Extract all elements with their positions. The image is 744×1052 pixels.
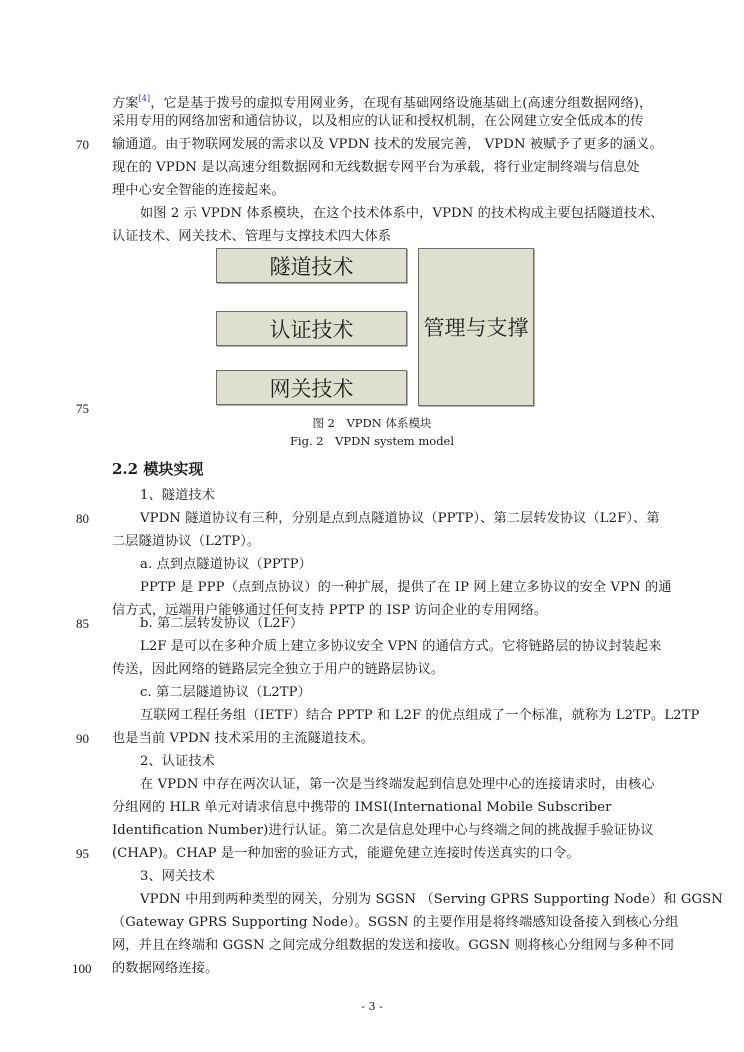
subsection-title: 1、隧道技术 <box>140 485 660 507</box>
paragraph-line: （Gateway GPRS Supporting Node）。SGSN 的主要作… <box>112 912 632 934</box>
subsection-title: c. 第二层隧道协议（L2TP） <box>140 682 660 704</box>
text-fragment: 方案 <box>112 96 139 111</box>
paragraph-line: 分组网的 HLR 单元对请求信息中携带的 IMSI(International … <box>112 797 632 819</box>
paragraph-line: (CHAP)。CHAP 是一种加密的验证方式，能避免建立连接时传送真实的口令。 <box>112 843 632 865</box>
paragraph-line: 输通道。由于物联网发展的需求以及 VPDN 技术的发展完善， VPDN 被赋予了… <box>112 134 632 156</box>
paragraph-line: PPTP 是 PPP（点到点协议）的一种扩展，提供了在 IP 网上建立多协议的安… <box>140 577 660 599</box>
line-number: 90 <box>76 728 89 750</box>
paragraph-line: 二层隧道协议（L2TP）。 <box>112 531 632 553</box>
line-number: 85 <box>76 613 89 635</box>
figure-caption-cn: 图 2 VPDN 体系模块 <box>0 414 744 432</box>
paragraph-line: 采用专用的网络加密和通信协议，以及相应的认证和授权机制，在公网建立安全低成本的传 <box>112 111 632 133</box>
subsection-title: 3、网关技术 <box>140 866 660 888</box>
paragraph-line: 理中心安全智能的连接起来。 <box>112 180 632 202</box>
paragraph-line: 在 VPDN 中存在两次认证，第一次是当终端发起到信息处理中心的连接请求时，由核… <box>140 774 660 796</box>
line-number: 70 <box>76 134 89 156</box>
subsection-title: 2、认证技术 <box>140 751 660 773</box>
line-number: 95 <box>76 843 89 865</box>
paragraph-line: Identification Number)进行认证。第二次是信息处理中心与终端… <box>112 820 632 842</box>
diagram-box-auth: 认证技术 <box>216 311 407 346</box>
paragraph-line: L2F 是可以在多种介质上建立多协议安全 VPN 的通信方式。它将链路层的协议封… <box>140 636 660 658</box>
page-number: - 3 - <box>0 1000 744 1013</box>
section-heading: 2.2 模块实现 <box>112 458 203 479</box>
text-fragment: ，它是基于拨号的虚拟专用网业务，在现有基础网络设施基础上(高速分组数据网络)， <box>150 96 652 111</box>
line-number: 100 <box>72 958 92 980</box>
diagram-box-management: 管理与支撑 <box>418 248 534 406</box>
paragraph-line: VPDN 中用到两种类型的网关，分别为 SGSN （Serving GPRS S… <box>140 889 660 911</box>
paragraph-line: 现在的 VPDN 是以高速分组数据网和无线数据专网平台为承载，将行业定制终端与信… <box>112 157 632 179</box>
line-number: 80 <box>76 508 89 530</box>
subsection-title: b. 第二层转发协议（L2F） <box>140 613 660 635</box>
paragraph-line: 也是当前 VPDN 技术采用的主流隧道技术。 <box>112 728 632 750</box>
paragraph-line: VPDN 隧道协议有三种，分别是点到点隧道协议（PPTP）、第二层转发协议（L2… <box>140 508 660 530</box>
diagram-box-tunnel: 隧道技术 <box>216 248 407 283</box>
diagram-box-gateway: 网关技术 <box>216 370 407 405</box>
paragraph-line: 如图 2 示 VPDN 体系模块，在这个技术体系中，VPDN 的技术构成主要包括… <box>140 203 660 225</box>
figure-caption-en: Fig. 2 VPDN system model <box>0 432 744 450</box>
citation-link[interactable]: [4] <box>139 94 151 103</box>
paragraph-line: 认证技术、网关技术、管理与支撑技术四大体系 <box>112 226 632 248</box>
paragraph-line: 网，并且在终端和 GGSN 之间完成分组数据的发送和接收。GGSN 则将核心分组… <box>112 935 632 957</box>
paragraph-line: 的数据网络连接。 <box>112 958 632 980</box>
paragraph-line: 互联网工程任务组（IETF）结合 PPTP 和 L2F 的优点组成了一个标准，就… <box>140 705 660 727</box>
paragraph-line: 传送，因此网络的链路层完全独立于用户的链路层协议。 <box>112 659 632 681</box>
subsection-title: a. 点到点隧道协议（PPTP） <box>140 554 660 576</box>
